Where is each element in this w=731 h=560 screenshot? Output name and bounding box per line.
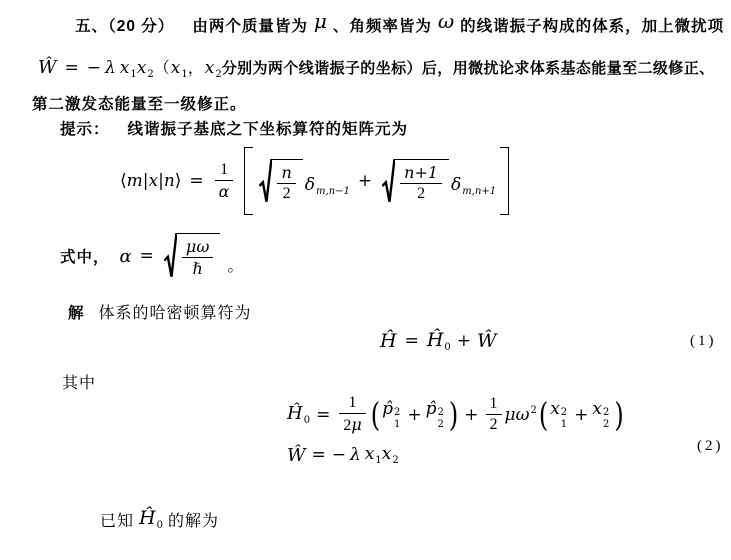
x1-symbol: x1 bbox=[171, 58, 188, 80]
plus-sign: + bbox=[457, 331, 471, 351]
equals-sign: = bbox=[189, 171, 203, 191]
problem-line-3: 第二激发态能量至一级修正。 bbox=[32, 92, 247, 114]
lambda-symbol: λ bbox=[105, 58, 116, 78]
among-which-line: 其中 bbox=[62, 370, 96, 393]
w-hat-symbol: Ŵ bbox=[287, 445, 306, 466]
left-paren: ( bbox=[371, 398, 380, 430]
w-hat-symbol: Ŵ bbox=[38, 57, 57, 78]
h-hat-symbol: Ĥ bbox=[380, 330, 397, 352]
mu-symbol: μ bbox=[314, 9, 327, 33]
left-paren: ( bbox=[539, 398, 548, 430]
equals-sign: = bbox=[65, 58, 79, 78]
equation-number-1: (1) bbox=[690, 333, 717, 350]
known-line: 已知 Ĥ0 的解为 bbox=[100, 502, 219, 536]
document-page: 五、（20 分）由两个质量皆为μ、角频率皆为ω的线谐振子构成的体系，加上微扰项 … bbox=[0, 0, 731, 560]
fraction-mu-omega-over-hbar: μωℏ bbox=[182, 237, 213, 278]
radical-sign bbox=[164, 233, 177, 279]
problem-number: 五、（20 分） bbox=[75, 18, 174, 35]
fraction-n-plus-1-over-2: n+12 bbox=[400, 163, 442, 203]
w-hat-symbol: Ŵ bbox=[477, 330, 497, 352]
problem-text: 、角频率皆为 bbox=[333, 18, 432, 35]
x1-symbol: x1 bbox=[365, 444, 382, 466]
in-formula-label: 式中， bbox=[60, 245, 110, 267]
h0-definition-row: Ĥ0 = 12μ ( p̂21 + p̂22 ) + 12 μω2 ( x21 … bbox=[287, 394, 626, 435]
hint-label: 提示： bbox=[60, 121, 110, 138]
solution-text: 体系的哈密顿算符为 bbox=[99, 305, 252, 322]
equals-sign: = bbox=[405, 331, 419, 351]
comma: ， bbox=[188, 60, 205, 77]
problem-text: 由两个质量皆为 bbox=[192, 18, 308, 35]
equals-sign: = bbox=[140, 246, 154, 266]
hint-line: 提示：线谐振子基底之下坐标算符的矩阵元为 bbox=[60, 117, 408, 139]
minus-sign: − bbox=[87, 58, 101, 78]
plus-sign: + bbox=[358, 171, 372, 191]
problem-text: 第二激发态能量至一级修正。 bbox=[32, 96, 247, 113]
fraction-1-over-2mu: 12μ bbox=[339, 394, 365, 435]
plus-sign: + bbox=[407, 405, 421, 425]
h0-hat-symbol: Ĥ0 bbox=[287, 403, 310, 426]
minus-sign: − bbox=[332, 445, 346, 465]
sqrt-mu-omega-over-hbar: μωℏ bbox=[164, 233, 220, 279]
right-paren: ) bbox=[449, 398, 458, 430]
radical-sign bbox=[382, 159, 395, 204]
among-which-text: 其中 bbox=[62, 375, 96, 392]
x1-squared: x21 bbox=[550, 399, 570, 431]
w-definition-row: Ŵ = − λ x1 x2 bbox=[287, 444, 399, 466]
delta-m-n-minus-1: δm,n−1 bbox=[305, 175, 350, 197]
sqrt-n-plus-1-over-2: n+12 bbox=[382, 159, 449, 204]
fraction-1-over-alpha: 1α bbox=[215, 161, 234, 201]
right-paren: ) bbox=[614, 398, 623, 430]
x2-symbol: x2 bbox=[205, 58, 222, 80]
equation-2-block: Ĥ0 = 12μ ( p̂21 + p̂22 ) + 12 μω2 ( x21 … bbox=[287, 394, 626, 466]
delta-m-n-plus-1: δm,n+1 bbox=[451, 175, 496, 197]
problem-line-1: 五、（20 分）由两个质量皆为μ、角频率皆为ω的线谐振子构成的体系，加上微扰项 bbox=[75, 9, 724, 36]
alpha-symbol: α bbox=[120, 246, 132, 267]
fraction-1-over-2: 12 bbox=[486, 395, 502, 434]
problem-line-2: Ŵ=−λx1x2（x1，x2分别为两个线谐振子的坐标）后，用微扰论求体系基态能量… bbox=[38, 55, 715, 80]
known-text: 已知 bbox=[100, 508, 134, 531]
plus-sign: + bbox=[464, 405, 478, 425]
h0-hat-symbol: Ĥ0 bbox=[139, 507, 163, 531]
x2-symbol: x2 bbox=[137, 58, 154, 80]
lambda-symbol: λ bbox=[350, 445, 361, 465]
omega-symbol: ω bbox=[438, 9, 454, 33]
known-text: 的解为 bbox=[168, 508, 219, 531]
bra-ket-m-x-n: ⟨m|x|n⟩ bbox=[120, 171, 181, 191]
right-square-bracket bbox=[500, 147, 509, 215]
plus-sign: + bbox=[574, 405, 588, 425]
mu-omega-squared: μω2 bbox=[505, 405, 537, 425]
p2-hat-squared: p̂22 bbox=[426, 399, 447, 431]
left-square-bracket bbox=[244, 147, 253, 215]
sqrt-n-over-2: n2 bbox=[259, 159, 302, 204]
x1-symbol: x1 bbox=[120, 58, 137, 80]
x2-symbol: x2 bbox=[382, 444, 399, 466]
equals-sign: = bbox=[316, 405, 330, 425]
period: 。 bbox=[227, 253, 244, 276]
open-paren: （ bbox=[154, 60, 171, 77]
solution-line: 解体系的哈密顿算符为 bbox=[68, 300, 252, 323]
equation-number-2: (2) bbox=[697, 438, 724, 455]
x2-squared: x22 bbox=[592, 399, 612, 431]
problem-text: 的线谐振子构成的体系，加上微扰项 bbox=[460, 18, 724, 35]
hint-text: 线谐振子基底之下坐标算符的矩阵元为 bbox=[128, 121, 409, 138]
equals-sign: = bbox=[312, 445, 326, 465]
solution-label: 解 bbox=[68, 305, 85, 322]
radical-sign bbox=[259, 159, 272, 204]
problem-text: 分别为两个线谐振子的坐标）后，用微扰论求体系基态能量至二级修正、 bbox=[222, 60, 715, 77]
alpha-definition-line: 式中， α = μωℏ 。 bbox=[60, 231, 244, 281]
h0-hat-symbol: Ĥ0 bbox=[427, 329, 451, 353]
equation-1: Ĥ = Ĥ0 + Ŵ bbox=[380, 329, 497, 353]
matrix-element-equation: ⟨m|x|n⟩ = 1α n2 δm,n−1 + n+12 δm,n+1 bbox=[120, 146, 509, 216]
p1-hat-squared: p̂21 bbox=[382, 399, 403, 431]
fraction-n-over-2: n2 bbox=[277, 163, 295, 203]
